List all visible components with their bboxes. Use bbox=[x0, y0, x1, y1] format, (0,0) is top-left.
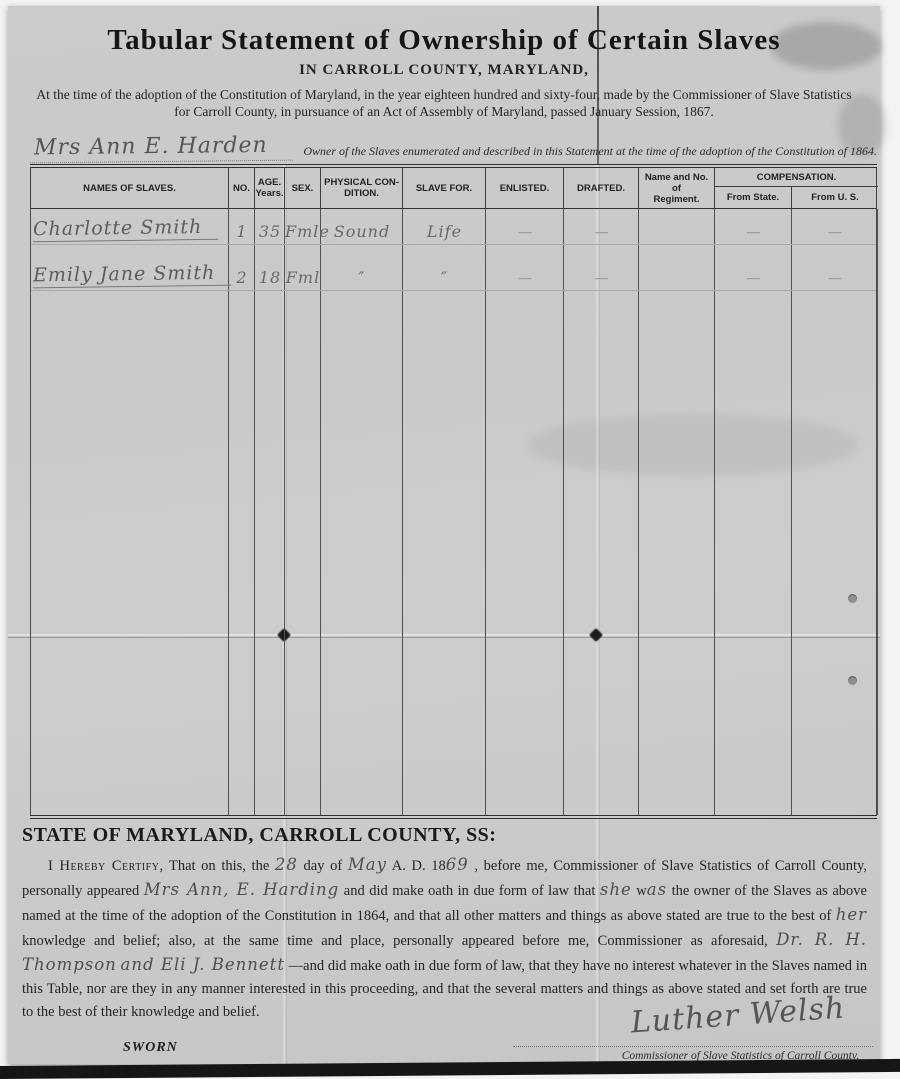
col-header-drafted: DRAFTED. bbox=[564, 168, 639, 208]
cell-from-state: — bbox=[715, 223, 792, 244]
col-header-names: NAMES OF SLAVES. bbox=[31, 168, 229, 208]
col-header-regiment: Name and No. ofRegiment. bbox=[639, 168, 715, 208]
col-header-sex: SEX. bbox=[285, 168, 321, 208]
cell-sex: Fmle bbox=[285, 222, 321, 244]
certification-heading: STATE OF MARYLAND, CARROLL COUNTY, SS: bbox=[22, 824, 496, 847]
printed-text: A. D. 18 bbox=[387, 858, 446, 874]
printed-text: day of bbox=[298, 858, 348, 874]
col-header-slave-for: SLAVE FOR. bbox=[403, 168, 486, 208]
cell-regiment bbox=[639, 287, 715, 290]
cell-enlisted: — bbox=[486, 223, 564, 244]
owner-line: Mrs Ann E. Harden Owner of the Slaves en… bbox=[30, 130, 877, 162]
document-subtitle: IN CARROLL COUNTY, MARYLAND, bbox=[8, 62, 880, 79]
handwritten-text: her bbox=[836, 905, 867, 924]
cell-condition: Sound bbox=[321, 222, 403, 244]
handwritten-text: 28 bbox=[275, 855, 298, 874]
handwritten-text: May bbox=[348, 855, 387, 874]
printed-text: knowledge and belief; also, at the same … bbox=[22, 933, 776, 949]
col-header-enlisted: ENLISTED. bbox=[486, 168, 564, 208]
col-header-physical-condition: PHYSICAL CON-DITION. bbox=[321, 168, 403, 208]
signature-line bbox=[513, 1046, 873, 1047]
cell-age: 35 bbox=[255, 222, 285, 244]
cell-name: Charlotte Smith bbox=[31, 217, 229, 244]
cell-from-state: — bbox=[715, 269, 792, 290]
table-body: Charlotte Smith 1 35 Fmle Sound Life — —… bbox=[30, 209, 877, 815]
table-row: Charlotte Smith 1 35 Fmle Sound Life — —… bbox=[31, 211, 876, 245]
cell-sex: Fml bbox=[285, 268, 321, 290]
cell-slave-for: ″ bbox=[403, 268, 486, 290]
cell-drafted: — bbox=[564, 269, 639, 290]
handwritten-text: as bbox=[647, 880, 667, 899]
printed-text: w bbox=[632, 883, 647, 899]
cell-from-us: — bbox=[792, 223, 878, 244]
cell-from-us: — bbox=[792, 269, 878, 290]
cell-no: 1 bbox=[229, 222, 255, 244]
col-header-compensation: COMPENSATION. From State. From U. S. bbox=[715, 168, 878, 208]
table-bottom-rule bbox=[30, 815, 877, 819]
col-header-no: NO. bbox=[229, 168, 255, 208]
cell-drafted: — bbox=[564, 223, 639, 244]
slave-ownership-table: NAMES OF SLAVES. NO. AGE.Years. SEX. PHY… bbox=[30, 164, 877, 819]
printed-text: I Hereby Certify, bbox=[48, 858, 164, 874]
sworn-label: SWORN bbox=[123, 1040, 178, 1056]
printed-text: That on this, the bbox=[164, 858, 275, 874]
cell-no: 2 bbox=[229, 268, 255, 290]
owner-line-label: Owner of the Slaves enumerated and descr… bbox=[293, 144, 877, 162]
cell-slave-for: Life bbox=[403, 222, 486, 244]
handwritten-text: 69 bbox=[446, 855, 469, 874]
handwritten-text: Mrs Ann, E. Harding bbox=[144, 880, 340, 899]
table-header-row: NAMES OF SLAVES. NO. AGE.Years. SEX. PHY… bbox=[30, 168, 877, 209]
table-row: Emily Jane Smith 2 18 Fml ″ ″ — — — — bbox=[31, 257, 876, 291]
cell-regiment bbox=[639, 241, 715, 244]
printed-text: and did make oath in due form of law tha… bbox=[339, 883, 600, 899]
scanned-document-screenshot: { "document": { "title": "Tabular Statem… bbox=[0, 0, 900, 1079]
cell-enlisted: — bbox=[486, 269, 564, 290]
cell-condition: ″ bbox=[321, 268, 403, 290]
owner-name-handwritten: Mrs Ann E. Harden bbox=[30, 134, 294, 164]
compensation-header-label: COMPENSATION. bbox=[715, 168, 878, 187]
document-page: Tabular Statement of Ownership of Certai… bbox=[8, 6, 880, 1064]
col-header-from-state: From State. bbox=[715, 187, 792, 208]
col-header-age: AGE.Years. bbox=[255, 168, 285, 208]
handwritten-text: she bbox=[600, 880, 632, 899]
document-intro-paragraph: At the time of the adoption of the Const… bbox=[29, 86, 859, 120]
col-header-from-us: From U. S. bbox=[792, 187, 878, 208]
handwritten-text: and Eli J. Bennett bbox=[121, 955, 285, 974]
cell-age: 18 bbox=[255, 268, 285, 290]
cell-name: Emily Jane Smith bbox=[31, 263, 229, 290]
document-title: Tabular Statement of Ownership of Certai… bbox=[8, 24, 880, 57]
